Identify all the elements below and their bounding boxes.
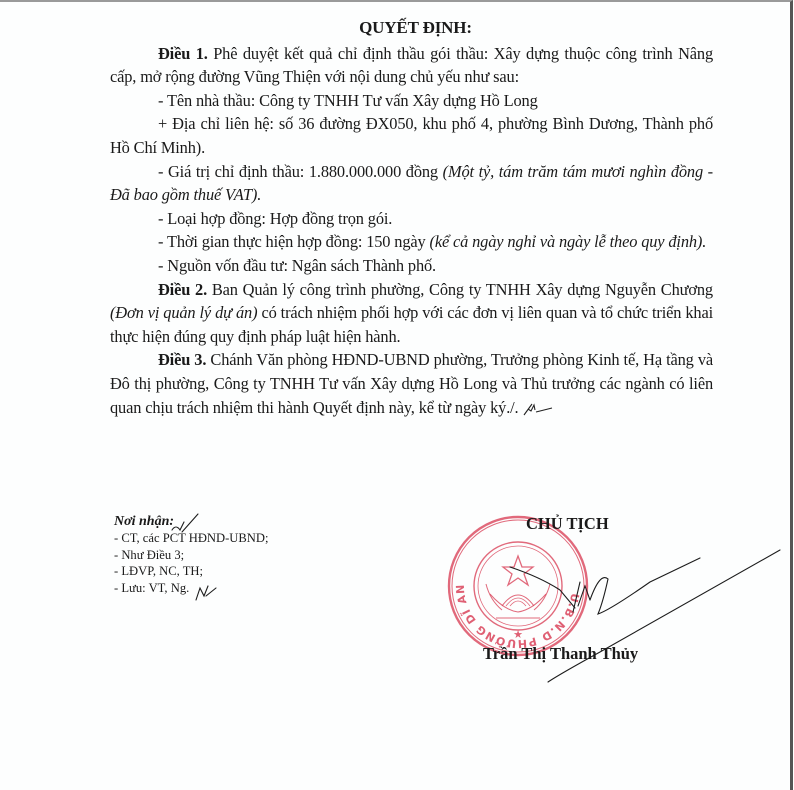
recipients-heading: Nơi nhận: [114,514,374,530]
document-page: QUYẾT ĐỊNH: Điều 1. Phê duyệt kết quả ch… [0,0,793,790]
article-3-label: Điều 3. [158,350,206,369]
project-manager-note: (Đơn vị quản lý dự án) [110,303,257,322]
initial-mark-icon [522,401,556,417]
article-1-item: - Nguồn vốn đầu tư: Ngân sách Thành phố. [110,254,713,278]
svg-text:★: ★ [513,629,523,641]
article-1-item: + Địa chỉ liên hệ: số 36 đường ĐX050, kh… [110,112,713,159]
article-1-item: - Tên nhà thầu: Công ty TNHH Tư vấn Xây … [110,89,713,113]
article-3: Điều 3. Chánh Văn phòng HĐND-UBND phường… [110,348,713,419]
article-1-item: - Giá trị chỉ định thầu: 1.880.000.000 đ… [110,160,713,207]
recipient-item: - LĐVP, NC, TH; [114,563,374,579]
signer-name: Trần Thị Thanh Thủy [483,644,638,664]
article-1-item: - Loại hợp đồng: Hợp đồng trọn gói. [110,207,713,231]
duration-note: (kể cả ngày nghỉ và ngày lễ theo quy địn… [430,232,707,251]
official-seal-icon: U.B.N.D PHƯỜNG DĨ AN T.P HỒ CHÍ MINH ★ [446,514,590,658]
recipient-item: - Lưu: VT, Ng. [114,580,374,596]
recipients-block: Nơi nhận: - CT, các PCT HĐND-UBND; - Như… [114,514,374,596]
article-1-label: Điều 1. [158,44,208,63]
article-2: Điều 2. Ban Quản lý công trình phường, C… [110,278,713,349]
recipient-item: - Như Điều 3; [114,547,374,563]
signer-title: CHỦ TỊCH [526,514,609,534]
document-body: QUYẾT ĐỊNH: Điều 1. Phê duyệt kết quả ch… [110,16,713,419]
article-1-item: - Thời gian thực hiện hợp đồng: 150 ngày… [110,230,713,254]
recipient-item: - CT, các PCT HĐND-UBND; [114,530,374,546]
article-1: Điều 1. Phê duyệt kết quả chỉ định thầu … [110,42,713,89]
article-2-label: Điều 2. [158,280,207,299]
decision-title: QUYẾT ĐỊNH: [110,16,713,40]
